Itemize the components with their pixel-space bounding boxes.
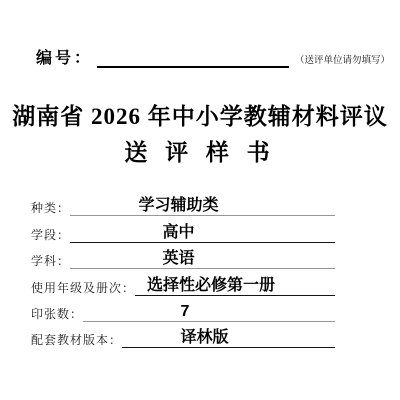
field-underline-subject: 英语 [70,250,335,269]
field-row-sheet-count: 印张数： 7 [31,296,335,322]
field-row-subject: 学科： 英语 [31,243,335,269]
field-underline-category: 学习辅助类 [70,197,335,216]
field-label-category: 种类： [31,202,70,216]
field-row-school-stage: 学段： 高中 [31,216,335,242]
field-label-grade-volume: 使用年级及册次： [31,282,135,296]
field-value-grade-volume: 选择性必修第一册 [147,278,275,295]
field-underline-textbook-edition: 译林版 [122,329,335,348]
field-value-textbook-edition: 译林版 [181,330,229,347]
field-label-school-stage: 学段： [31,229,70,243]
field-label-textbook-edition: 配套教材版本： [31,334,122,348]
field-row-category: 种类： 学习辅助类 [31,190,335,216]
serial-number-blank-line [97,46,289,68]
field-label-subject: 学科： [31,255,70,269]
field-value-school-stage: 高中 [163,225,195,242]
field-underline-grade-volume: 选择性必修第一册 [135,277,335,296]
document-title: 湖南省 2026 年中小学教辅材料评议 送 评 样 书 [0,104,400,167]
serial-number-note: （送评单位请勿填写） [295,57,390,69]
field-row-grade-volume: 使用年级及册次： 选择性必修第一册 [31,269,335,295]
field-underline-sheet-count: 7 [83,303,335,322]
form-fields: 种类： 学习辅助类 学段： 高中 学科： 英语 使用年级及册次： 选择性必修第一… [31,190,335,348]
field-value-subject: 英语 [163,251,195,268]
serial-number-label: 编号： [36,51,93,68]
field-label-sheet-count: 印张数： [31,308,83,322]
field-row-textbook-edition: 配套教材版本： 译林版 [31,322,335,348]
field-underline-school-stage: 高中 [70,224,335,243]
serial-number-row: 编号： （送评单位请勿填写） [36,46,390,68]
document-title-line-1: 湖南省 2026 年中小学教辅材料评议 [0,104,400,130]
document-title-line-2: 送 评 样 书 [0,140,400,166]
field-value-category: 学习辅助类 [139,198,219,215]
sample-book-cover-page: 编号： （送评单位请勿填写） 湖南省 2026 年中小学教辅材料评议 送 评 样… [0,0,400,400]
field-value-sheet-count: 7 [181,304,190,321]
